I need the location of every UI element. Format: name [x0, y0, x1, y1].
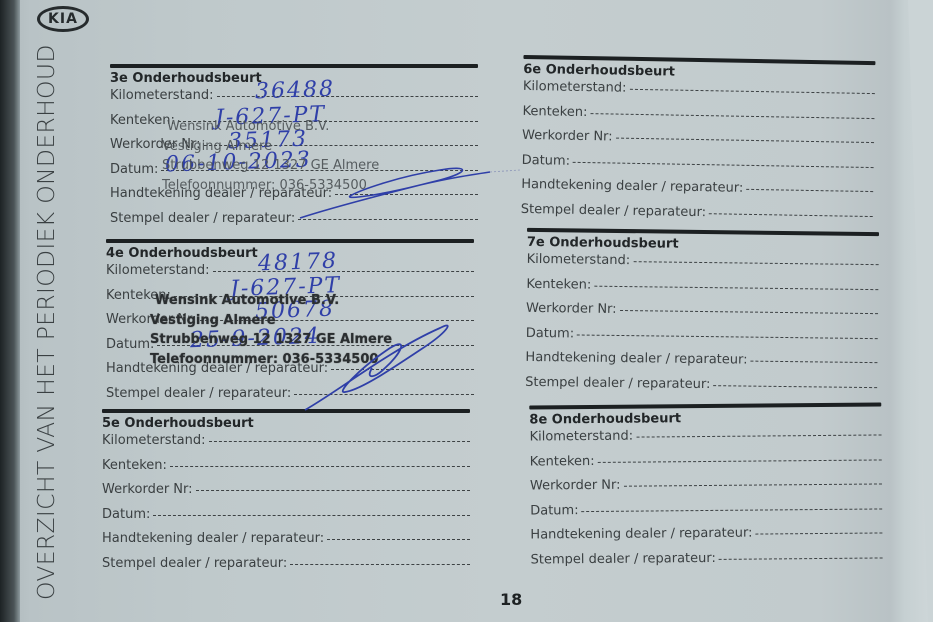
field-label: Werkorder Nr: [530, 477, 621, 496]
field-label: Stempel dealer / reparateur: [525, 373, 710, 393]
maintenance-section-7: 7e OnderhoudsbeurtKilometerstand:Kenteke… [525, 228, 879, 402]
field-label: Stempel dealer / reparateur: [106, 385, 291, 403]
field-stempel: Stempel dealer / reparateur: [106, 385, 474, 410]
dealer-stamp-branch: Vestiging Almere [150, 312, 276, 330]
section-divider [106, 239, 474, 243]
page-number: 18 [500, 590, 522, 609]
field-stempel: Stempel dealer / reparateur: [531, 548, 883, 576]
fill-line[interactable] [290, 554, 470, 565]
field-label: Stempel dealer / reparateur: [110, 210, 295, 228]
next-page-edge [898, 0, 933, 622]
kia-logo: KIA [37, 6, 89, 32]
fill-line[interactable] [713, 375, 877, 388]
section-divider [102, 409, 470, 413]
field-label: Datum: [110, 161, 158, 179]
fill-line[interactable] [170, 456, 470, 467]
field-label: Kilometerstand: [106, 262, 210, 280]
fill-line[interactable] [581, 498, 882, 512]
field-label: Handtekening dealer / reparateur: [521, 176, 743, 198]
field-kenteken: Kenteken: [102, 457, 470, 482]
field-label: Stempel dealer / reparateur: [521, 200, 707, 221]
field-label: Kilometerstand: [523, 78, 627, 98]
fill-line[interactable] [709, 203, 873, 217]
field-label: Kenteken: [110, 112, 175, 130]
field-label: Stempel dealer / reparateur: [102, 555, 287, 573]
fill-line[interactable] [719, 547, 883, 559]
field-label: Werkorder Nr: [102, 481, 193, 499]
field-label: Kilometerstand: [110, 87, 214, 105]
book-spine [0, 0, 20, 622]
fill-line[interactable] [327, 529, 470, 540]
fill-line[interactable] [636, 424, 882, 437]
field-stempel: Stempel dealer / reparateur: [525, 373, 877, 402]
fill-line[interactable] [751, 351, 878, 364]
field-label: Handtekening dealer / reparateur: [102, 530, 324, 548]
field-label: Werkorder Nr: [526, 300, 617, 319]
vertical-page-title: OVERZICHT VAN HET PERIODIEK ONDERHOUD [32, 44, 60, 600]
field-label: Kenteken: [522, 102, 587, 121]
maintenance-section-5: 5e OnderhoudsbeurtKilometerstand:Kenteke… [102, 409, 470, 579]
field-datum: Datum: [102, 506, 470, 531]
field-label: Werkorder Nr: [522, 127, 613, 147]
fill-line[interactable] [598, 449, 882, 462]
field-label: Kilometerstand: [102, 432, 206, 450]
field-label: Datum: [102, 506, 150, 524]
dealer-stamp-address: Strubbenweg 12 1327 GE Almere [162, 157, 379, 175]
maintenance-section-6: 6e OnderhoudsbeurtKilometerstand:Kenteke… [521, 55, 876, 231]
fill-line[interactable] [620, 300, 879, 314]
section-divider [529, 402, 881, 409]
fill-line[interactable] [633, 251, 879, 265]
section-title: 5e Onderhoudsbeurt [102, 416, 470, 432]
field-label: Datum: [530, 502, 579, 520]
handwritten-km: 48178 [258, 249, 339, 277]
field-label: Handtekening dealer / reparateur: [530, 525, 752, 545]
field-stempel: Stempel dealer / reparateur: [102, 555, 470, 580]
dealer-stamp-name: Wensink Automotive B.V. [167, 118, 329, 136]
dealer-stamp-name: Wensink Automotive B.V. [155, 292, 339, 310]
fill-line[interactable] [594, 275, 878, 289]
field-label: Kenteken: [102, 457, 167, 475]
field-label: Kenteken: [530, 452, 595, 471]
field-label: Datum: [526, 324, 575, 343]
field-label: Kilometerstand: [527, 251, 631, 270]
fill-line[interactable] [209, 431, 470, 442]
field-label: Stempel dealer / reparateur: [531, 549, 716, 569]
fill-line[interactable] [294, 384, 474, 395]
fill-line[interactable] [755, 522, 882, 534]
field-stempel: Stempel dealer / reparateur: [521, 200, 873, 231]
field-km: Kilometerstand: [102, 432, 470, 457]
field-stempel: Stempel dealer / reparateur: [110, 210, 478, 235]
fill-line[interactable] [196, 480, 470, 491]
handwritten-km: 36488 [255, 77, 336, 105]
fill-line[interactable] [153, 505, 470, 516]
fill-line[interactable] [746, 179, 873, 192]
field-handtekening: Handtekening dealer / reparateur: [102, 530, 470, 555]
field-werkorder: Werkorder Nr: [102, 481, 470, 506]
dealer-stamp-phone: Telefoonnummer: 036-5334500 [162, 177, 367, 195]
dealer-stamp-branch: Vestiging Almere [162, 138, 272, 156]
fill-line[interactable] [213, 261, 474, 272]
fill-line[interactable] [623, 473, 882, 486]
field-label: Datum: [522, 151, 571, 170]
fill-line[interactable] [298, 209, 478, 220]
field-label: Handtekening dealer / reparateur: [525, 349, 747, 370]
dealer-stamp-phone: Telefoonnummer: 036-5334500 [150, 351, 378, 369]
field-label: Datum: [106, 336, 154, 354]
dealer-stamp-address: Strubbenweg 12 1327 GE Almere [150, 331, 392, 349]
field-label: Kenteken: [526, 275, 591, 294]
fill-line[interactable] [577, 324, 878, 339]
maintenance-section-8: 8e OnderhoudsbeurtKilometerstand:Kenteke… [529, 402, 882, 575]
field-label: Kilometerstand: [529, 428, 633, 447]
section-divider [110, 64, 478, 68]
